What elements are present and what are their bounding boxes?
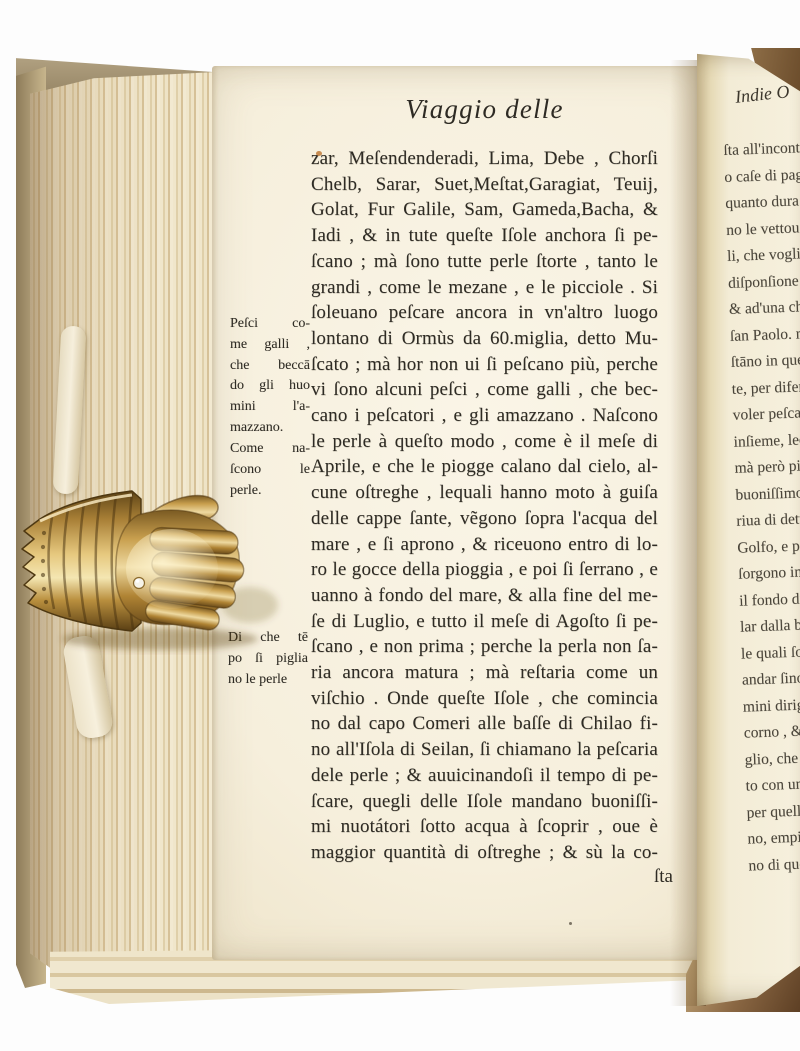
text-line: no le perle: [228, 670, 308, 691]
text-line: diſponſione , ò: [728, 266, 800, 297]
knuckle-shine: [126, 529, 218, 609]
text-line: mi nuotátori ſotto acqua à ſcoprir , oue…: [311, 814, 658, 840]
text-line: ro le gocce della pioggia , e poi ſi ſer…: [311, 557, 658, 583]
text-line: cune oſtreghe , lequali hanno moto à gui…: [311, 480, 658, 506]
text-line: le perle à queſto modo , come è il meſe …: [311, 429, 658, 455]
text-line: glio, che non diſ: [744, 743, 800, 774]
right-body-text: ſta all'incontro piano caſe di paglia , …: [723, 134, 800, 880]
text-line: uanno à fondo del mare, & alla fine del …: [311, 583, 658, 609]
text-line: mazzano.: [230, 418, 310, 439]
text-line: mini l'a-: [230, 397, 310, 418]
text-line: corno , & vogendo: [743, 716, 800, 747]
text-line: vi ſono alcuni peſci , come galli , che …: [311, 377, 658, 403]
catchword: ſta: [311, 866, 673, 888]
text-line: mini dirigendoſi al: [742, 690, 800, 721]
text-line: grandi , come le mezane , e le picciole …: [311, 275, 658, 301]
right-running-title: Indie O: [734, 81, 790, 108]
text-line: ſan Paolo. mentr: [729, 319, 800, 350]
text-line: andar ſino in fondo,: [741, 663, 800, 694]
text-line: riua di detta uil: [736, 505, 800, 536]
text-line: maggior quantità di oſtreghe ; & sù la c…: [311, 840, 658, 866]
text-line: no all'Iſola di Seilan, ſi chiamano la p…: [311, 737, 658, 763]
text-line: lar dalla barca due,: [740, 610, 800, 641]
text-line: buoniſſimo non: [735, 478, 800, 509]
text-line: & ad'una chieſa d: [729, 293, 800, 324]
ink-speck: [569, 922, 572, 925]
text-line: Iadi , & in tute queſte Iſole anchora ſi…: [311, 223, 658, 249]
text-line: no dal capo Comeri alle baſſe di Chilao …: [311, 711, 658, 737]
text-line: Aprile, e che le piogge calano dal cielo…: [311, 454, 658, 480]
text-line: ſcano , e non prima ; perche la perla no…: [311, 634, 658, 660]
text-line: mà però più pic: [734, 452, 800, 483]
text-line: ſe di Luglio, e tutto il meſe di Agoſto …: [311, 609, 658, 635]
text-line: o caſe di paglia , ch: [724, 160, 800, 191]
text-line: me galli ,: [230, 335, 310, 356]
text-line: Golfo, e per que: [737, 531, 800, 562]
text-line: delle cappe ſante, vẽgono ſopra l'acqua …: [311, 506, 658, 532]
running-title: Viaggio delle: [311, 94, 658, 125]
text-line: Chelb, Sarar, Suet,Meſtat,Garagiat, Teui…: [311, 172, 658, 198]
text-line: ſta all'incontro pian: [723, 134, 800, 165]
text-line: ſorgono in 16. e 1: [738, 557, 800, 588]
clasp-gem: [134, 578, 145, 589]
text-line: no le vettouaglie ne: [726, 213, 800, 244]
right-page: Indie O ſta all'incontro piano caſe di p…: [697, 50, 800, 1010]
book-photo: Viaggio delle Peſci co-me galli ,che bec…: [0, 0, 800, 1051]
text-line: voler peſcare , fa: [732, 399, 800, 430]
text-line: li, che vogliono ,: [727, 240, 800, 271]
clasp-gem-sparkle: [136, 579, 140, 583]
margin-note-pesci: Peſci co-me galli ,che beccādo gli huomi…: [230, 314, 310, 439]
text-line: zar, Meſendenderadi, Lima, Debe , Chorſi: [311, 146, 658, 172]
text-line: ſtāno in quel ma: [730, 346, 800, 377]
text-line: le quali ſono legate: [741, 637, 800, 668]
gilt-hand-clasp-icon: [0, 475, 300, 655]
text-line: te, per difendere: [731, 372, 800, 403]
text-line: mare , e ſi aprono , & riceuono entro di…: [311, 532, 658, 558]
ink-speck: [316, 151, 322, 156]
text-line: do gli huo: [230, 376, 310, 397]
text-line: inſieme, lequali: [733, 425, 800, 456]
text-line: il fondo di quel co: [739, 584, 800, 615]
text-line: ſoleuano peſcare ancora in vn'altro luog…: [311, 300, 658, 326]
text-line: ria ancora matura ; mà reſtaria come un: [311, 660, 658, 686]
text-line: Come na-: [230, 439, 310, 460]
text-line: ſcato ; mà hor non ui ſi peſcano più, pe…: [311, 352, 658, 378]
text-line: per quella corda ,: [746, 796, 800, 827]
text-line: no di quelle oſtre: [748, 849, 800, 880]
text-line: dele perle ; & auuicinandoſi il tempo di…: [311, 763, 658, 789]
text-line: viſchio . Onde queſte Iſole , che cominc…: [311, 686, 658, 712]
text-line: Golat, Fur Galile, Sam, Gameda,Bacha, &: [311, 197, 658, 223]
text-line: lontano di Ormùs da 60.miglia, detto Mu-: [311, 326, 658, 352]
text-line: Peſci co-: [230, 314, 310, 335]
text-line: ſcano ; mà ſono tutte perle ſtorte , tan…: [311, 249, 658, 275]
text-line: no, empiono il ſa: [747, 822, 800, 853]
text-line: to con un ſacchett: [745, 769, 800, 800]
body-text: zar, Meſendenderadi, Lima, Debe , Chorſi…: [311, 146, 658, 866]
text-line: cano i peſcatori , e gli amazzano . Naſc…: [311, 403, 658, 429]
text-line: ſcare, quegli delle Iſole mandano buoniſ…: [311, 789, 658, 815]
hand-cast-shadow: [62, 628, 258, 650]
text-line: quanto dura il temp: [725, 187, 800, 218]
text-line: che beccā: [230, 356, 310, 377]
